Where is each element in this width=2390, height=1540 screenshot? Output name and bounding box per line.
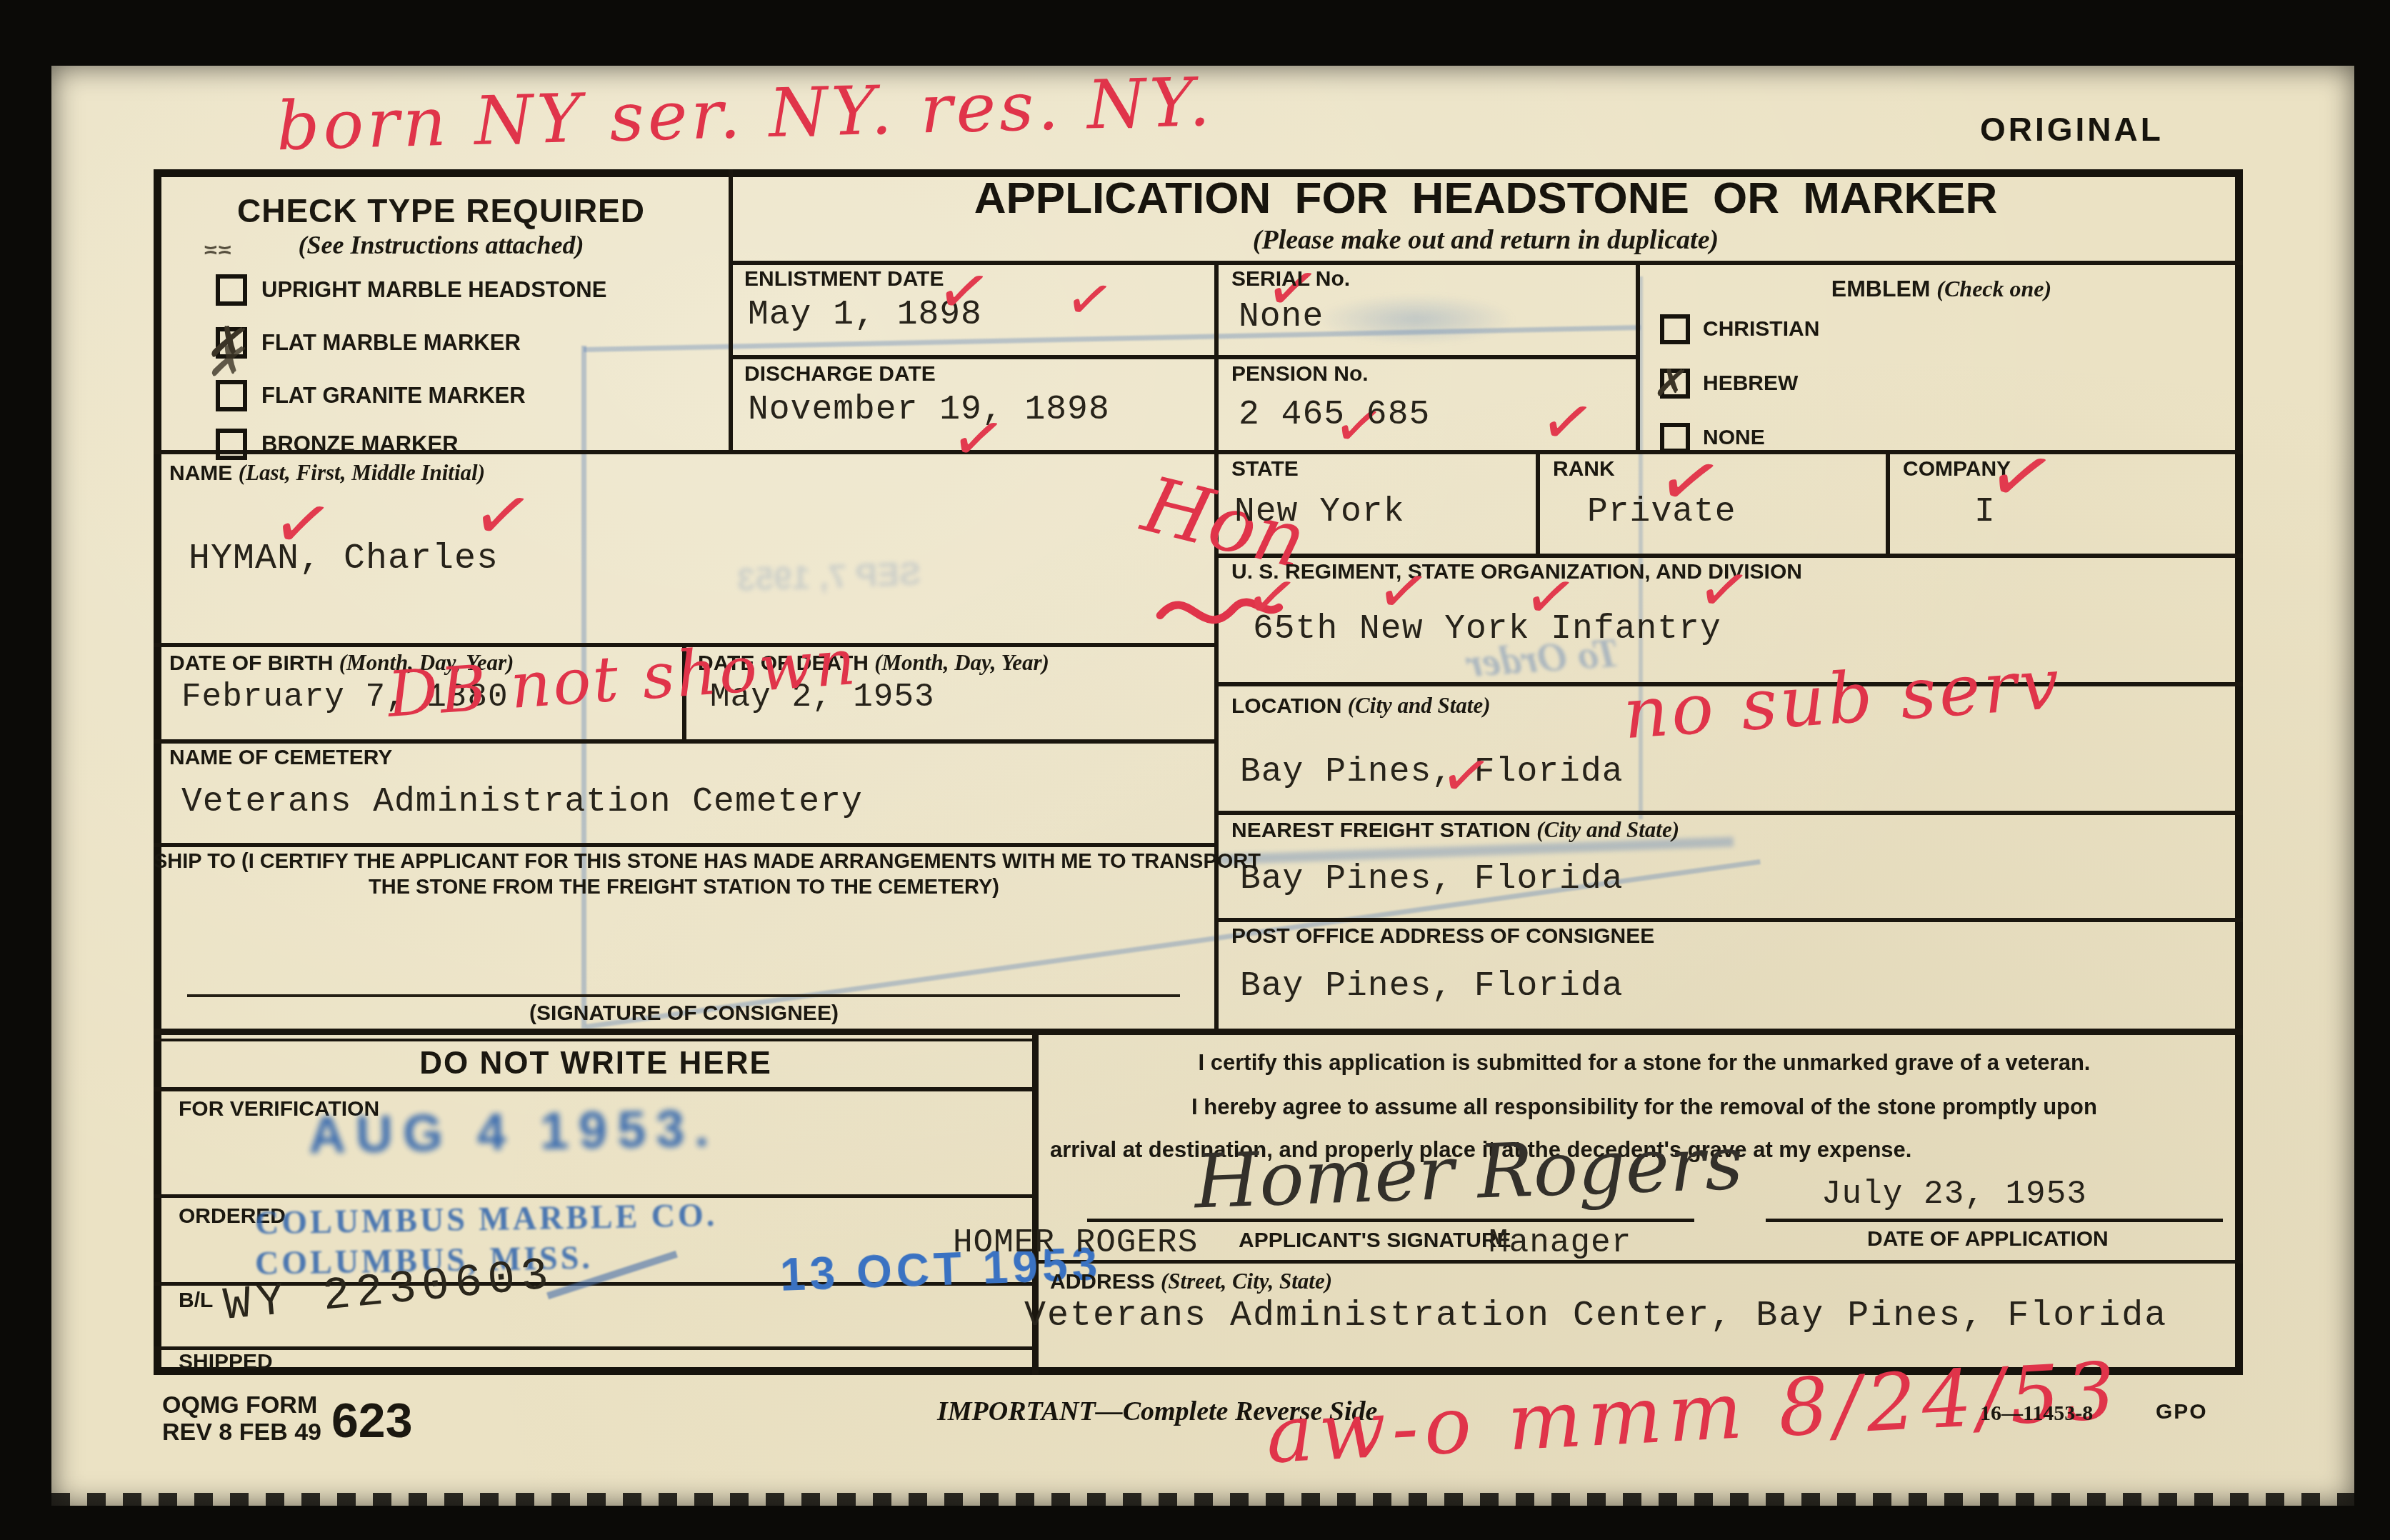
red-check-mark: ✓ [1693,554,1756,625]
name-of-cemetery-value: Veterans Administration Cemetery [181,783,863,821]
post-office-address-label: POST OFFICE ADDRESS OF CONSIGNEE [1231,924,1654,949]
emblem-label: EMBLEM (Check one) [1640,276,2243,302]
applicant-title-value: Manager [1489,1224,1631,1261]
divider [1032,1260,2243,1264]
emblem-label-text: EMBLEM [1831,276,1931,301]
discharge-date-value: November 19, 1898 [748,391,1110,429]
date-of-application-label: DATE OF APPLICATION [1867,1227,2109,1251]
red-check-mark: ✓ [946,403,1011,476]
handwritten-top-note: born NY ser. NY. res. NY. [276,64,1215,166]
red-check-mark: ✓ [1061,268,1119,332]
name-of-cemetery-label: NAME OF CEMETERY [169,746,392,770]
rank-label: RANK [1553,457,1615,481]
ship-to-label-line1: SHIP TO (I CERTIFY THE APPLICANT FOR THI… [154,850,1214,874]
checkbox-flat-granite-marker[interactable] [216,380,247,411]
divider [154,450,2243,454]
check-type-title: CHECK TYPE REQUIRED [154,191,729,230]
pension-no-label: PENSION No. [1231,362,1369,386]
divider [1536,450,1540,554]
divider [729,355,1636,359]
shipped-label: SHIPPED [179,1350,273,1374]
do-not-write-here-title: DO NOT WRITE HERE [154,1046,1038,1081]
red-check-mark: ✓ [1436,741,1496,810]
dod-label-italic: (Month, Day, Year) [874,650,1049,675]
option-upright-marble-headstone: UPRIGHT MARBLE HEADSTONE [261,277,606,303]
ship-to-label-line2: THE STONE FROM THE FREIGHT STATION TO TH… [154,876,1214,899]
applicants-signature-label: APPLICANT'S SIGNATURE [1239,1229,1511,1253]
emblem-label-italic: (Check one) [1936,276,2051,301]
application-date-line [1766,1219,2223,1222]
option-flat-granite-marker: FLAT GRANITE MARKER [261,383,526,409]
post-office-address-value: Bay Pines, Florida [1240,967,1623,1006]
divider [1214,811,2243,815]
red-check-mark: ✓ [932,256,996,329]
consignee-signature-line [187,994,1180,997]
x-mark-hebrew: ✗ [1651,362,1690,406]
bl-label: B/L [179,1289,213,1313]
form-id-line2: REV 8 FEB 49 [162,1419,321,1446]
verification-date-stamp: AUG 4 1953. [308,1099,719,1165]
red-check-mark: ✓ [1372,556,1435,626]
divider [154,1087,1038,1091]
red-check-mark: ✓ [267,484,339,564]
address-value: Veterans Administration Center, Bay Pine… [1024,1296,2167,1336]
checkbox-bronze-marker[interactable] [216,429,247,460]
form-subtitle: (Please make out and return in duplicate… [729,224,2243,256]
red-check-mark: ✓ [1241,561,1304,632]
option-emblem-hebrew: HEBREW [1703,371,1798,396]
pencil-scribble: ≍≍ [203,240,231,261]
state-label: STATE [1231,457,1299,481]
red-check-mark: ✓ [467,475,539,556]
divider [154,1194,1038,1198]
location-value: Bay Pines, Florida [1240,753,1623,791]
scanned-document-page: born NY ser. NY. res. NY. ORIGINAL To Or… [0,0,2390,1540]
divider [154,1039,1038,1041]
enlistment-date-label: ENLISTMENT DATE [744,267,944,291]
checkbox-upright-marble-headstone[interactable] [216,274,247,306]
original-label: ORIGINAL [1980,110,2164,149]
serial-no-value: None [1239,298,1324,336]
name-label-italic: (Last, First, Middle Initial) [239,460,485,485]
divider [1886,450,1890,554]
nearest-freight-station-value: Bay Pines, Florida [1240,860,1623,899]
form-id-line1: OQMG FORM [162,1391,317,1419]
form-number: 623 [331,1393,412,1449]
pension-no-value: 2 465 685 [1239,396,1430,434]
gpo-label: GPO [2156,1400,2208,1424]
discharge-date-label: DISCHARGE DATE [744,362,936,386]
red-check-mark: ✓ [1519,561,1582,632]
name-label: NAME (Last, First, Middle Initial) [169,460,485,486]
columbus-marble-stamp-line1: COLUMBUS MARBLE CO. [255,1196,718,1241]
option-bronze-marker: BRONZE MARKER [261,431,459,457]
checkbox-emblem-christian[interactable] [1660,314,1690,344]
certification-line1: I certify this application is submitted … [1051,1050,2237,1076]
divider [154,1029,2243,1035]
print-code: 16—11453-8 [1980,1401,2093,1426]
applicant-typed-name: HOMER ROGERS [953,1224,1198,1261]
nearest-freight-station-label: NEAREST FREIGHT STATION (City and State) [1231,817,1679,843]
divider [154,843,1214,847]
option-emblem-christian: CHRISTIAN [1703,317,1819,341]
application-date-value: July 23, 1953 [1821,1176,2087,1213]
regiment-value: 65th New York Infantry [1253,610,1721,649]
serial-no-label: SERIAL No. [1231,267,1350,291]
freight-label-italic: (City and State) [1536,817,1679,842]
form-title: APPLICATION FOR HEADSTONE OR MARKER [729,173,2243,224]
red-check-mark: ✓ [1536,386,1600,459]
divider [154,1346,1038,1350]
certification-line2: I hereby agree to assume all responsibil… [1051,1094,2237,1120]
applicant-signature-line [1087,1219,1694,1222]
option-flat-marble-marker: FLAT MARBLE MARKER [261,330,521,356]
address-label-italic: (Street, City, State) [1161,1269,1332,1294]
paper-torn-edge [51,1493,2354,1506]
divider [1214,918,2243,922]
divider [154,739,1214,744]
signature-of-consignee-caption: (SIGNATURE OF CONSIGNEE) [154,1001,1214,1026]
check-type-subtitle: (See Instructions attached) [154,230,729,260]
location-label: LOCATION (City and State) [1231,693,1491,719]
location-label-italic: (City and State) [1348,693,1491,718]
state-value: New York [1234,493,1404,531]
address-label: ADDRESS (Street, City, State) [1050,1269,1332,1294]
name-value: HYMAN, Charles [189,539,499,579]
form-paper: born NY ser. NY. res. NY. ORIGINAL To Or… [51,66,2354,1506]
